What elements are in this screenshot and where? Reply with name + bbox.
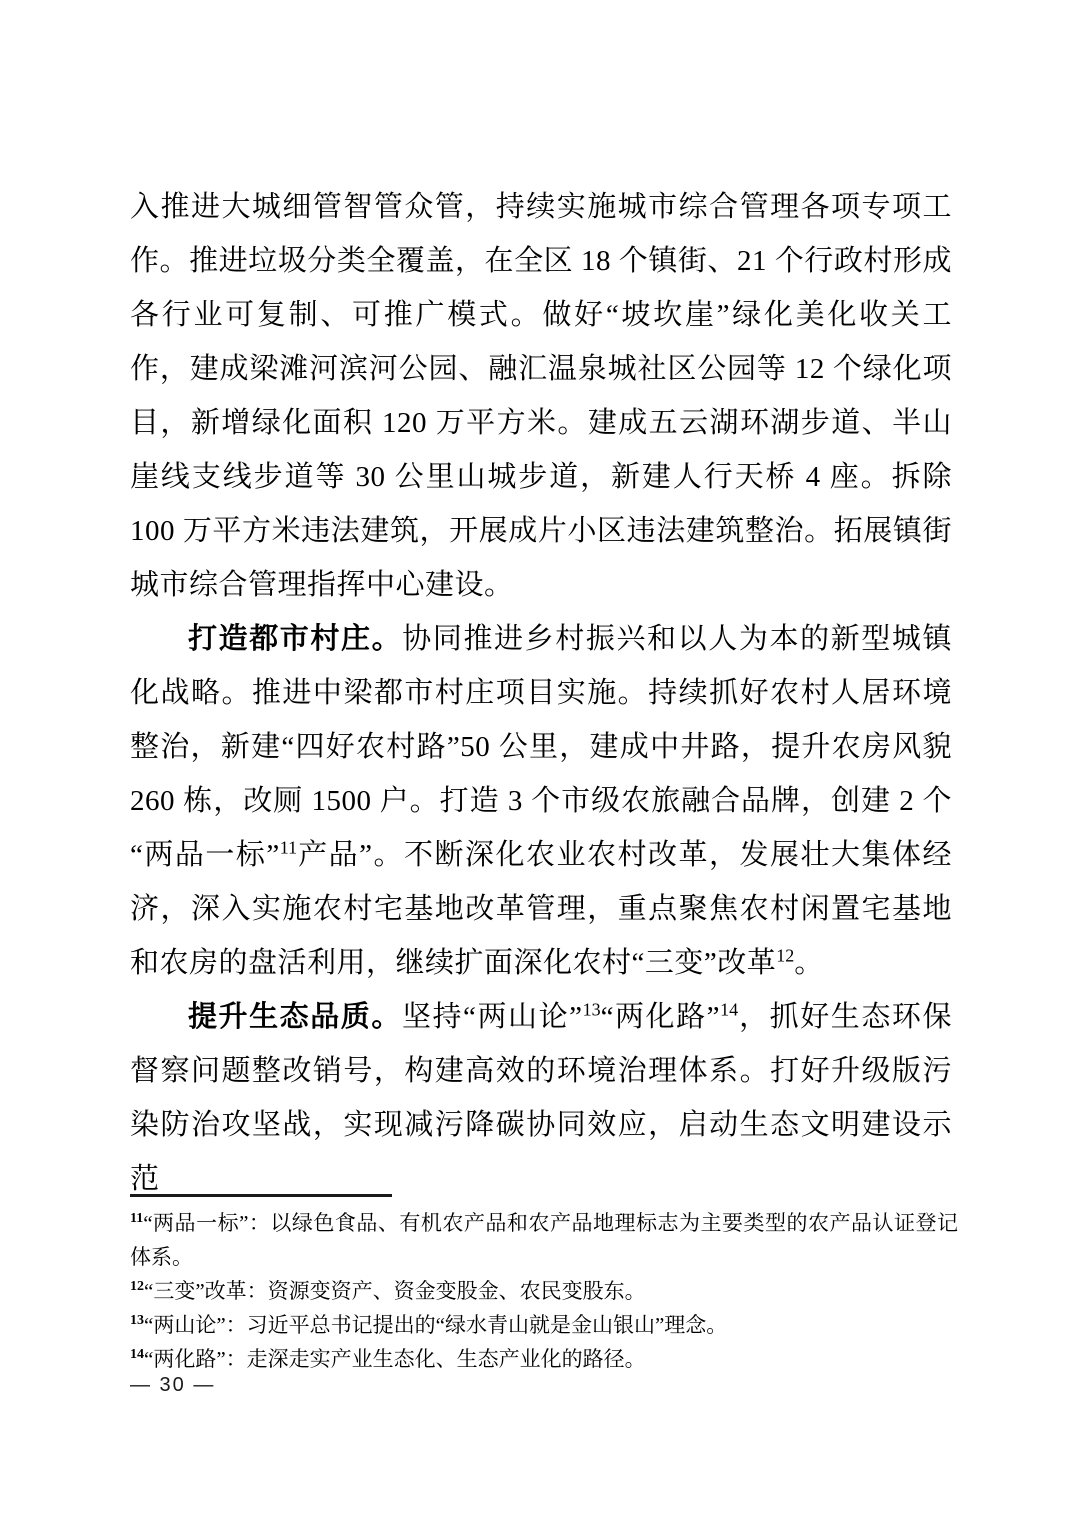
footnote-ref: 12 [776, 945, 794, 965]
footnote-ref: 11 [280, 837, 297, 857]
footnote-list: 11“两品一标”：以绿色食品、有机农产品和农产品地理标志为主要类型的农产品认证登… [130, 1206, 958, 1376]
document-page: 入推进大城细管智管众管，持续实施城市综合管理各项专项工作。推进垃圾分类全覆盖，在… [0, 0, 1074, 1520]
footnote-ref: 14 [720, 999, 738, 1019]
footnote-text: “两化路”：走深走实产业生态化、生态产业化的路径。 [144, 1347, 646, 1371]
text-run: 。 [794, 947, 824, 979]
text-run: 入推进大城细管智管众管，持续实施城市综合管理各项专项工作。推进垃圾分类全覆盖，在… [130, 191, 952, 601]
text-run: 坚持“两山论” [402, 1001, 583, 1033]
footnote-marker: 11 [130, 1211, 143, 1226]
footnote-text: “两山论”：习近平总书记提出的“绿水青山就是金山银山”理念。 [144, 1313, 727, 1337]
footnote: 11“两品一标”：以绿色食品、有机农产品和农产品地理标志为主要类型的农产品认证登… [130, 1206, 958, 1274]
paragraph: 入推进大城细管智管众管，持续实施城市综合管理各项专项工作。推进垃圾分类全覆盖，在… [130, 180, 952, 612]
bold-lead-run: 提升生态品质。 [188, 1001, 402, 1033]
footnote-separator [130, 1194, 392, 1197]
body-paragraphs: 入推进大城细管智管众管，持续实施城市综合管理各项专项工作。推进垃圾分类全覆盖，在… [130, 180, 952, 1206]
footnote-marker: 14 [130, 1347, 144, 1362]
page-number: — 30 — [130, 1374, 215, 1397]
bold-lead-run: 打造都市村庄。 [188, 623, 402, 655]
footnote: 13“两山论”：习近平总书记提出的“绿水青山就是金山银山”理念。 [130, 1308, 958, 1342]
footnote: 14“两化路”：走深走实产业生态化、生态产业化的路径。 [130, 1342, 958, 1376]
footnote-text: “两品一标”：以绿色食品、有机农产品和农产品地理标志为主要类型的农产品认证登记体… [130, 1211, 958, 1269]
footnote: 12“三变”改革：资源变资产、资金变股金、农民变股东。 [130, 1274, 958, 1308]
footnote-marker: 12 [130, 1279, 144, 1294]
text-run: 协同推进乡村振兴和以人为本的新型城镇化战略。推进中梁都市村庄项目实施。持续抓好农… [130, 623, 952, 871]
footnotes-section: 11“两品一标”：以绿色食品、有机农产品和农产品地理标志为主要类型的农产品认证登… [130, 1194, 958, 1376]
text-run: “两化路” [601, 1001, 721, 1033]
footnote-marker: 13 [130, 1313, 144, 1328]
footnote-text: “三变”改革：资源变资产、资金变股金、农民变股东。 [144, 1279, 646, 1303]
paragraph: 打造都市村庄。协同推进乡村振兴和以人为本的新型城镇化战略。推进中梁都市村庄项目实… [130, 612, 952, 990]
footnote-ref: 13 [583, 999, 601, 1019]
paragraph: 提升生态品质。坚持“两山论”13“两化路”14，抓好生态环保督察问题整改销号，构… [130, 990, 952, 1206]
